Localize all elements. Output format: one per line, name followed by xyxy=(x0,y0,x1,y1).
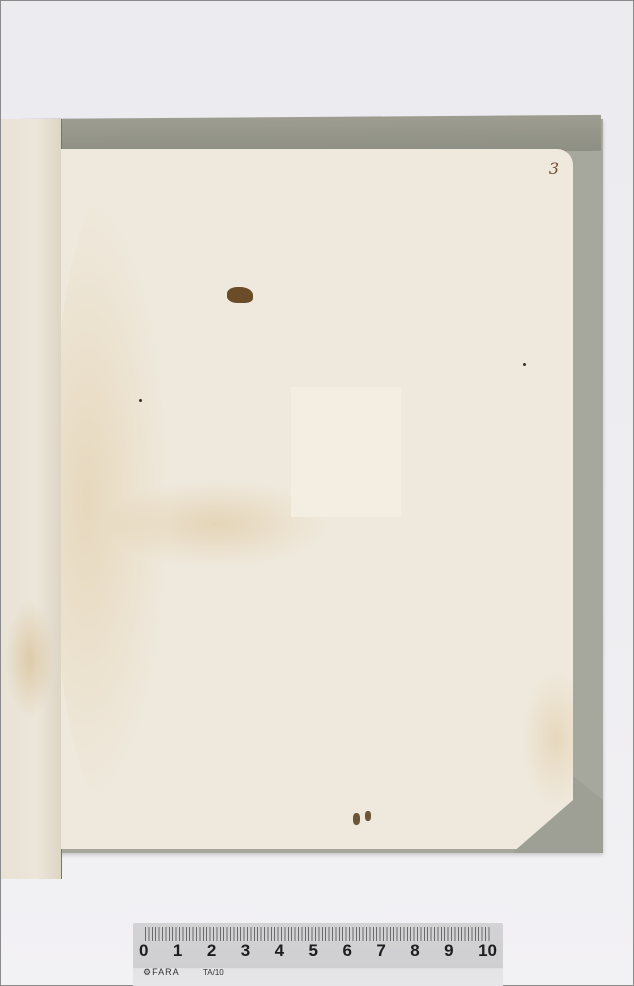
ruler-model: TA/10 xyxy=(203,968,224,977)
ruler-label: 7 xyxy=(376,941,385,961)
ruler-label: 8 xyxy=(410,941,419,961)
ink-speck xyxy=(523,363,526,366)
ruler-label: 10 xyxy=(478,941,497,961)
folio-number: 3 xyxy=(549,159,559,178)
ruler-label: 2 xyxy=(207,941,216,961)
ruler-label: 5 xyxy=(309,941,318,961)
wormhole xyxy=(365,811,371,821)
ruler-brand: ⚙FARA xyxy=(143,967,180,978)
ruler-labels: 0 1 2 3 4 5 6 7 8 9 10 xyxy=(139,941,497,961)
paper-patch xyxy=(291,387,401,517)
water-stain xyxy=(5,599,55,719)
left-facing-page xyxy=(1,119,62,879)
wormhole xyxy=(227,287,253,303)
wormhole xyxy=(353,813,360,825)
ruler-label: 9 xyxy=(444,941,453,961)
ruler-ticks xyxy=(145,927,491,941)
gear-logo-icon: ⚙ xyxy=(143,967,152,977)
ruler-label: 3 xyxy=(241,941,250,961)
ruler-label: 1 xyxy=(173,941,182,961)
ruler-label: 0 xyxy=(139,941,148,961)
scale-ruler: 0 1 2 3 4 5 6 7 8 9 10 ⚙FARA TA/10 xyxy=(133,923,503,986)
document-page: 3 xyxy=(61,149,573,849)
ink-speck xyxy=(139,399,142,402)
image-frame: 3 0 1 2 3 4 5 6 7 8 9 10 ⚙FARA TA/10 xyxy=(0,0,634,986)
ruler-label: 4 xyxy=(275,941,284,961)
ruler-label: 6 xyxy=(342,941,351,961)
brand-text: FARA xyxy=(152,967,180,977)
